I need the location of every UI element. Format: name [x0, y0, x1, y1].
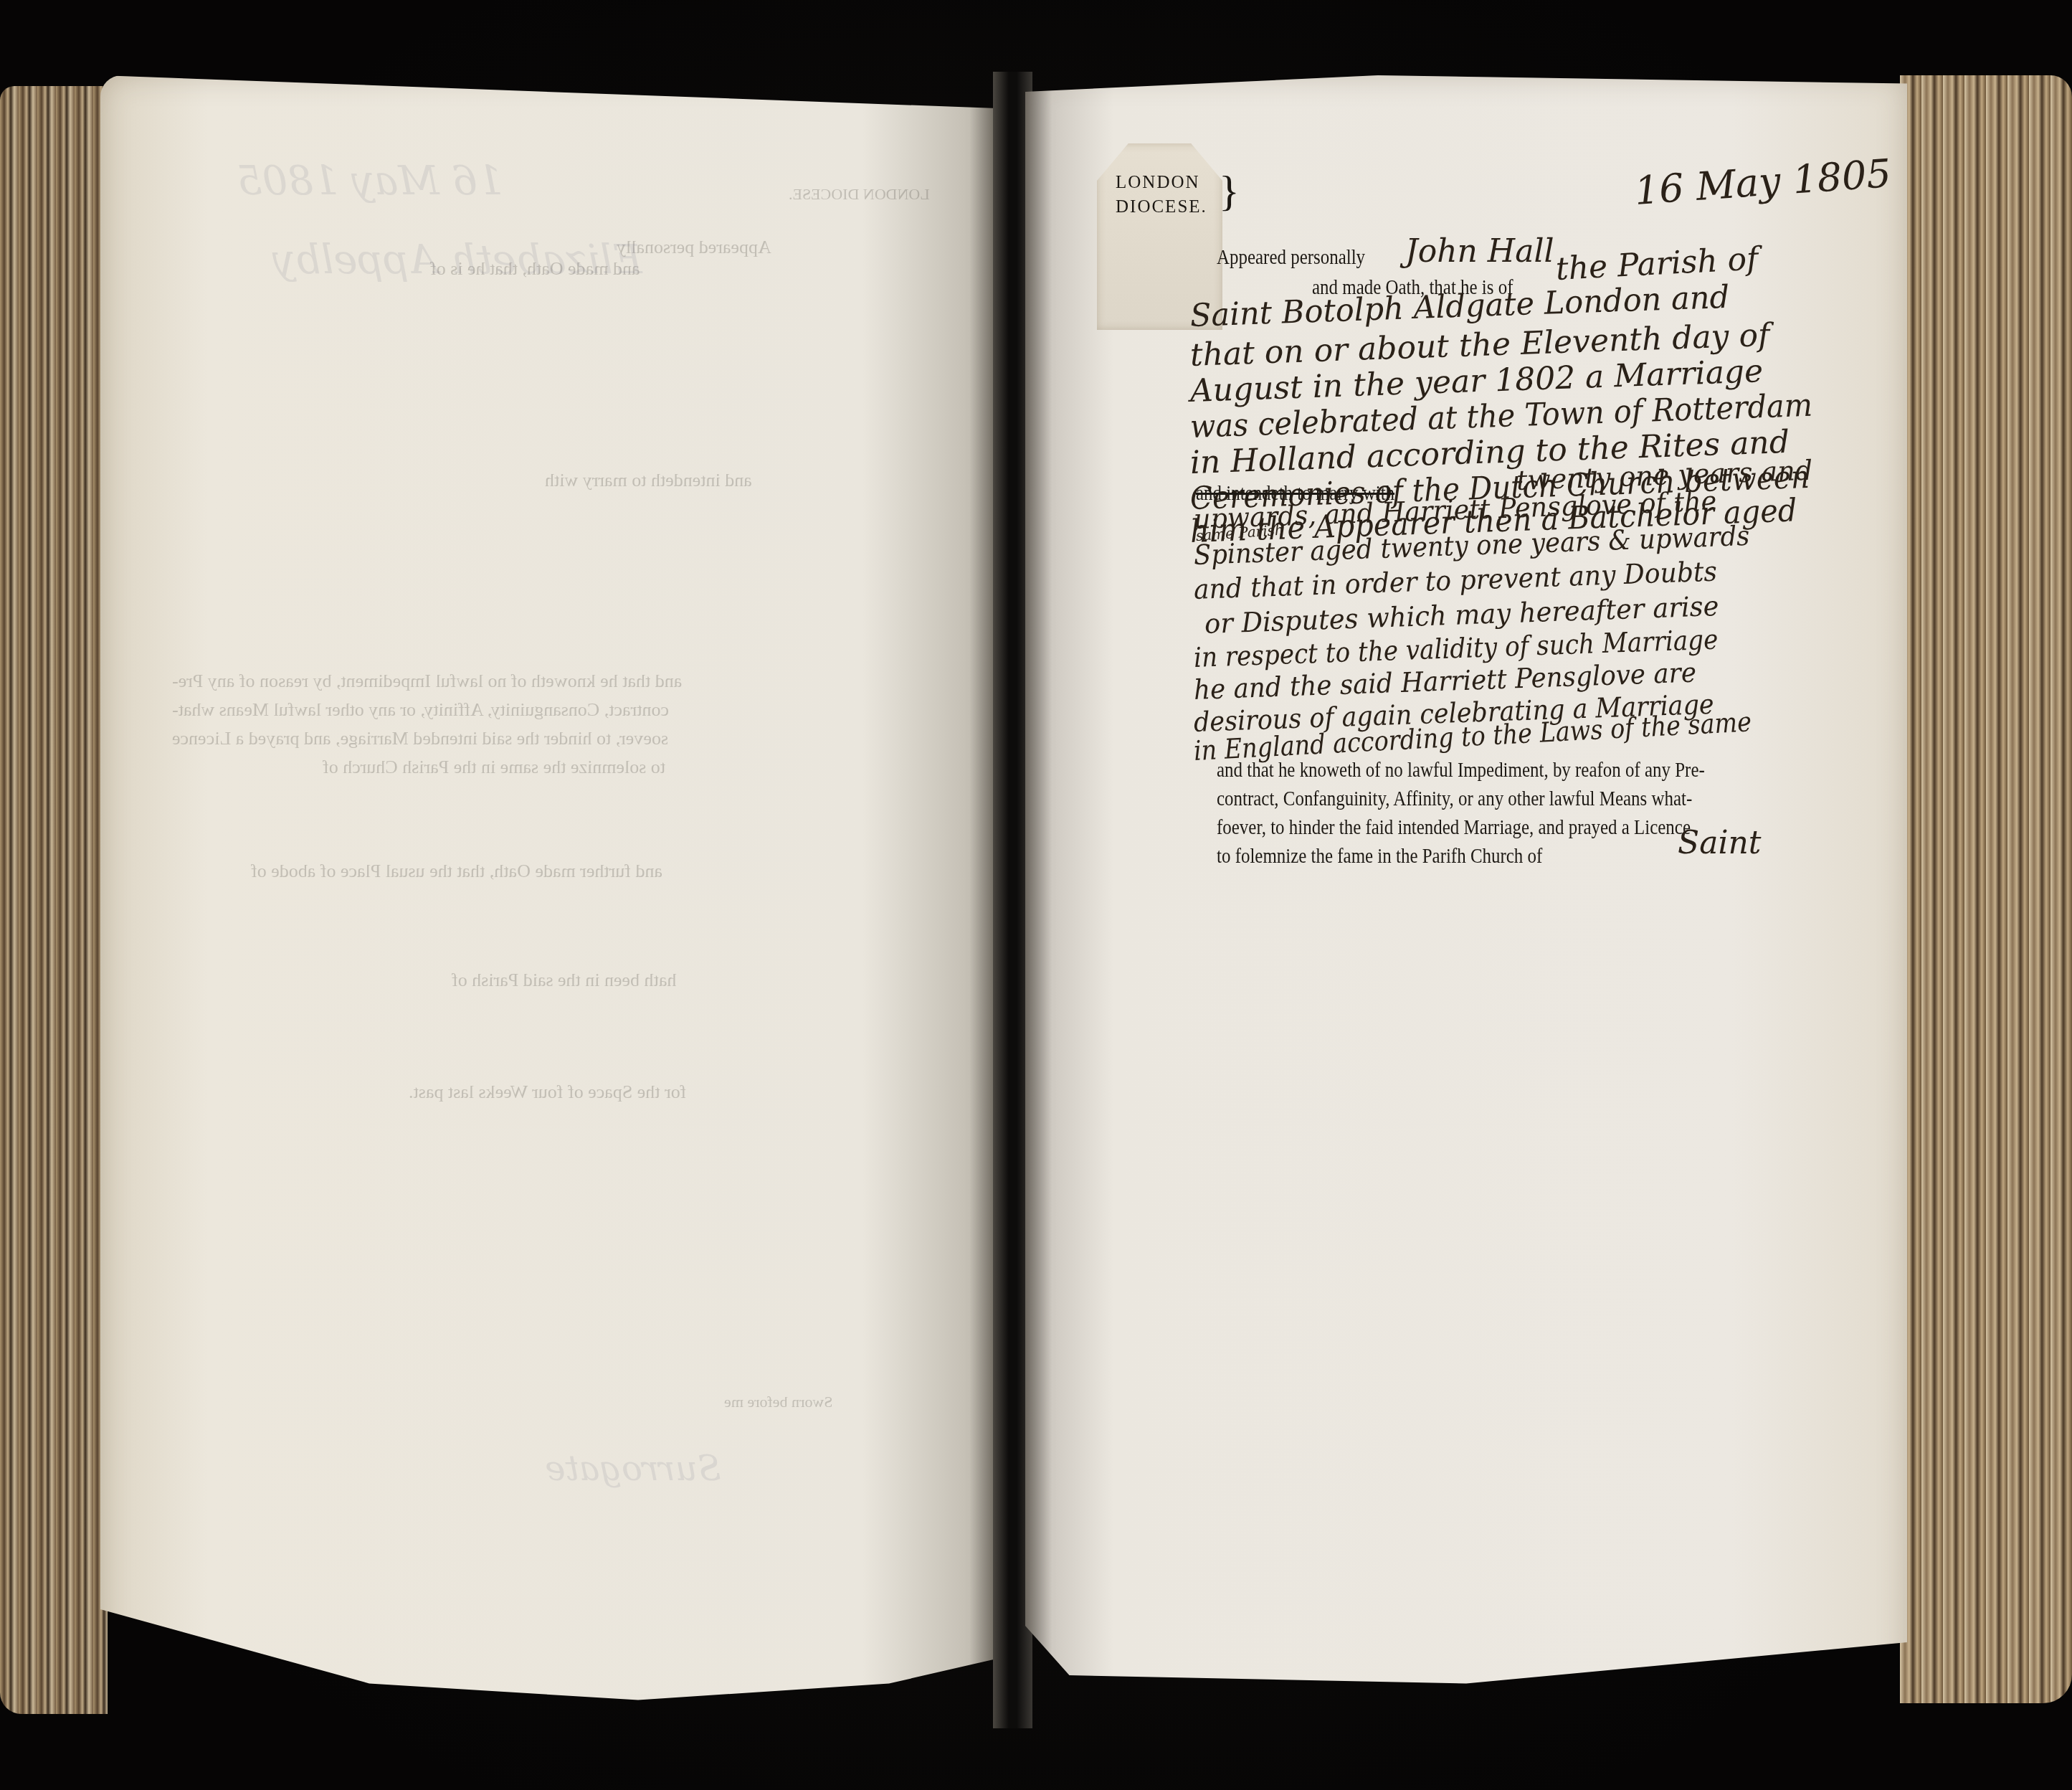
ghost-date: 16 May 1805	[237, 158, 503, 204]
appeared-label: Appeared personally	[1217, 246, 1365, 270]
brace-glyph: }	[1219, 169, 1240, 212]
left-page-block-edge	[0, 86, 108, 1714]
ghost-line: contract, Consanguinity, Affinity, or an…	[172, 699, 669, 721]
ghost-line: soever, to hinder the said intended Marr…	[172, 728, 668, 749]
right-page-block-edge	[1900, 75, 2072, 1703]
appellant-name: John Hall	[1405, 233, 1554, 270]
ghost-line: and further made Oath, that the usual Pl…	[251, 861, 662, 882]
ghost-line: and intendeth to marry with	[545, 470, 752, 491]
church-hw-saint: Saint	[1678, 825, 1761, 861]
diocese-line-1: LONDON	[1116, 171, 1207, 195]
ghost-surrogate: Surrogate	[545, 1449, 721, 1489]
ghost-line: Sworn before me	[724, 1393, 833, 1411]
print-line: and that he knoweth of no lawful Impedim…	[1217, 759, 1705, 782]
ghost-name: Elizabeth Appelby	[272, 237, 642, 283]
ghost-line: for the Space of four Weeks last past.	[409, 1081, 686, 1103]
print-line: contract, Confanguinity, Affinity, or an…	[1217, 787, 1692, 811]
ghost-line: to solemnize the same in the Parish Chur…	[323, 757, 665, 778]
print-line: foever, to hinder the faid intended Marr…	[1217, 816, 1691, 840]
ghost-line: and that he knoweth of no lawful Impedim…	[172, 671, 682, 692]
ghost-line: hath been in the said Parish of	[452, 970, 676, 991]
diocese-heading: LONDON DIOCESE.	[1116, 171, 1207, 219]
print-line: to folemnize the fame in the Parifh Chur…	[1217, 845, 1542, 868]
ghost-diocese: LONDON DIOCESE.	[789, 185, 930, 204]
diocese-line-2: DIOCESE.	[1116, 195, 1207, 219]
